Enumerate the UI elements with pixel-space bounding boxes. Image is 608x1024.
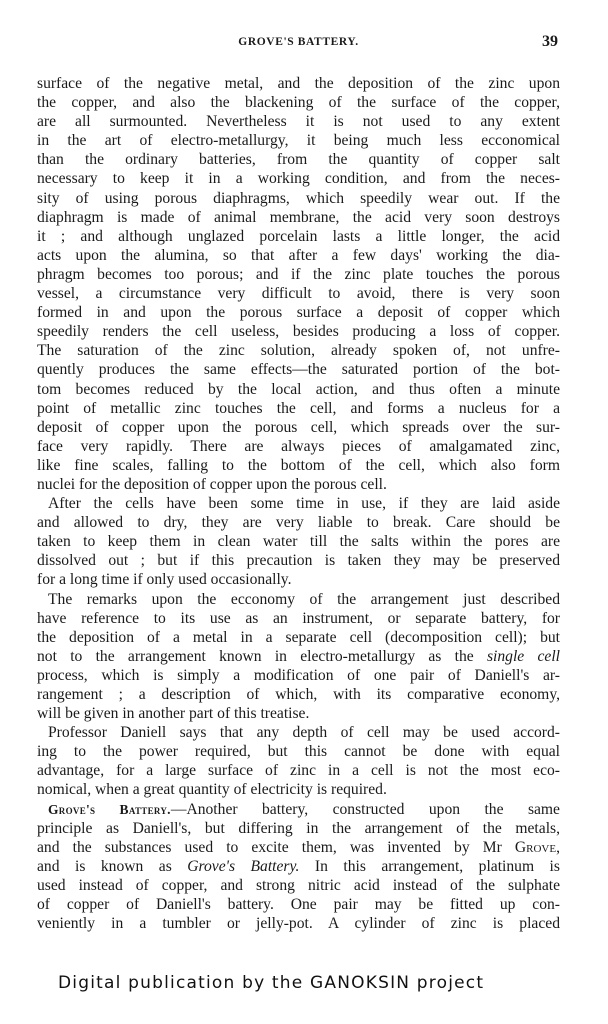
text-line: in the art of electro-metallurgy, it bei… [37, 131, 560, 150]
text-line: face very rapidly. There are always piec… [37, 437, 560, 456]
page-number: 39 [542, 33, 558, 51]
paragraph-daniell-depth: Professor Daniell says that any depth of… [37, 723, 560, 799]
text-line: deposit of copper upon the porous cell, … [37, 418, 560, 437]
text-line: have reference to its use as an instrume… [37, 609, 560, 628]
text-span: In this arrangement, platinum is [315, 858, 560, 875]
body-text: surface of the negative metal, and the d… [37, 74, 560, 933]
text-line: necessary to keep it in a working condit… [37, 169, 560, 188]
text-line: advantage, for a large surface of zinc i… [37, 761, 560, 780]
text-line: the copper, and also the blackening of t… [37, 93, 560, 112]
text-line: used instead of copper, and strong nitri… [37, 876, 560, 895]
paragraph-continuation: surface of the negative metal, and the d… [37, 74, 560, 494]
text-line: of copper of Daniell's battery. One pair… [37, 895, 560, 914]
text-span: not to the arrangement known in electro-… [37, 648, 474, 665]
text-line: tom becomes reduced by the local action,… [37, 380, 560, 399]
text-line: phragm becomes too porous; and if the zi… [37, 265, 560, 284]
text-line: The saturation of the zinc solution, alr… [37, 341, 560, 360]
text-line: speedily renders the cell useless, besid… [37, 322, 560, 341]
publication-footer: Digital publication by the GANOKSIN proj… [58, 973, 598, 993]
text-line: are all surmounted. Nevertheless it is n… [37, 112, 560, 131]
text-line: will be given in another part of this tr… [37, 704, 560, 723]
text-line: it ; and although unglazed porcelain las… [37, 227, 560, 246]
text-span: and is known as [37, 858, 172, 875]
text-line: acts upon the alumina, so that after a f… [37, 246, 560, 265]
text-line: for a long time if only used occasionall… [37, 570, 560, 589]
text-line: Professor Daniell says that any depth of… [37, 723, 560, 742]
text-line: and allowed to dry, they are very liable… [37, 513, 560, 532]
text-line: surface of the negative metal, and the d… [37, 74, 560, 93]
text-line: than the ordinary batteries, from the qu… [37, 150, 560, 169]
text-line: The remarks upon the ecconomy of the arr… [37, 590, 560, 609]
section-heading: Grove's Battery. [48, 802, 171, 817]
text-line: veniently in a tumbler or jelly-pot. A c… [37, 914, 560, 933]
text-line: dissolved out ; but if this precaution i… [37, 551, 560, 570]
text-line: quently produces the same effects—the sa… [37, 360, 560, 379]
section-groves-battery: Grove's Battery.—Another battery, constr… [37, 800, 560, 934]
text-line: Grove's Battery.—Another battery, constr… [37, 800, 560, 819]
text-line: nuclei for the deposition of copper upon… [37, 475, 560, 494]
text-line: like fine scales, falling to the bottom … [37, 456, 560, 475]
paragraph-cell-care: After the cells have been some time in u… [37, 494, 560, 589]
italic-term: single cell [487, 648, 560, 665]
paragraph-economy-remarks: The remarks upon the ecconomy of the arr… [37, 590, 560, 724]
text-line: rangement ; a description of which, with… [37, 685, 560, 704]
text-span: —Another battery, constructed upon the s… [171, 801, 560, 818]
text-line: diaphragm is made of animal membrane, th… [37, 208, 560, 227]
text-line: nomical, when a great quantity of electr… [37, 780, 560, 799]
running-title: GROVE'S BATTERY. [37, 36, 560, 48]
text-line: vessel, a circumstance very difficult to… [37, 284, 560, 303]
text-line: point of metallic zinc touches the cell,… [37, 399, 560, 418]
running-head: GROVE'S BATTERY. 39 [37, 33, 560, 53]
text-line: sity of using porous diaphragms, which s… [37, 189, 560, 208]
text-line: taken to keep them in clean water till t… [37, 532, 560, 551]
text-line: not to the arrangement known in electro-… [37, 647, 560, 666]
text-line: After the cells have been some time in u… [37, 494, 560, 513]
inventor-name: Grove [515, 839, 556, 856]
text-line: process, which is simply a modification … [37, 666, 560, 685]
text-line: and the substances used to excite them, … [37, 838, 560, 857]
text-span: , [556, 839, 560, 856]
text-line: formed in and upon the porous surface a … [37, 303, 560, 322]
italic-title: Grove's Battery. [187, 858, 299, 875]
text-line: ing to the power required, but this cann… [37, 742, 560, 761]
text-span: and the substances used to excite them, … [37, 839, 502, 856]
text-line: and is known as Grove's Battery. In this… [37, 857, 560, 876]
text-line: principle as Daniell's, but differing in… [37, 819, 560, 838]
text-line: the deposition of a metal in a separate … [37, 628, 560, 647]
